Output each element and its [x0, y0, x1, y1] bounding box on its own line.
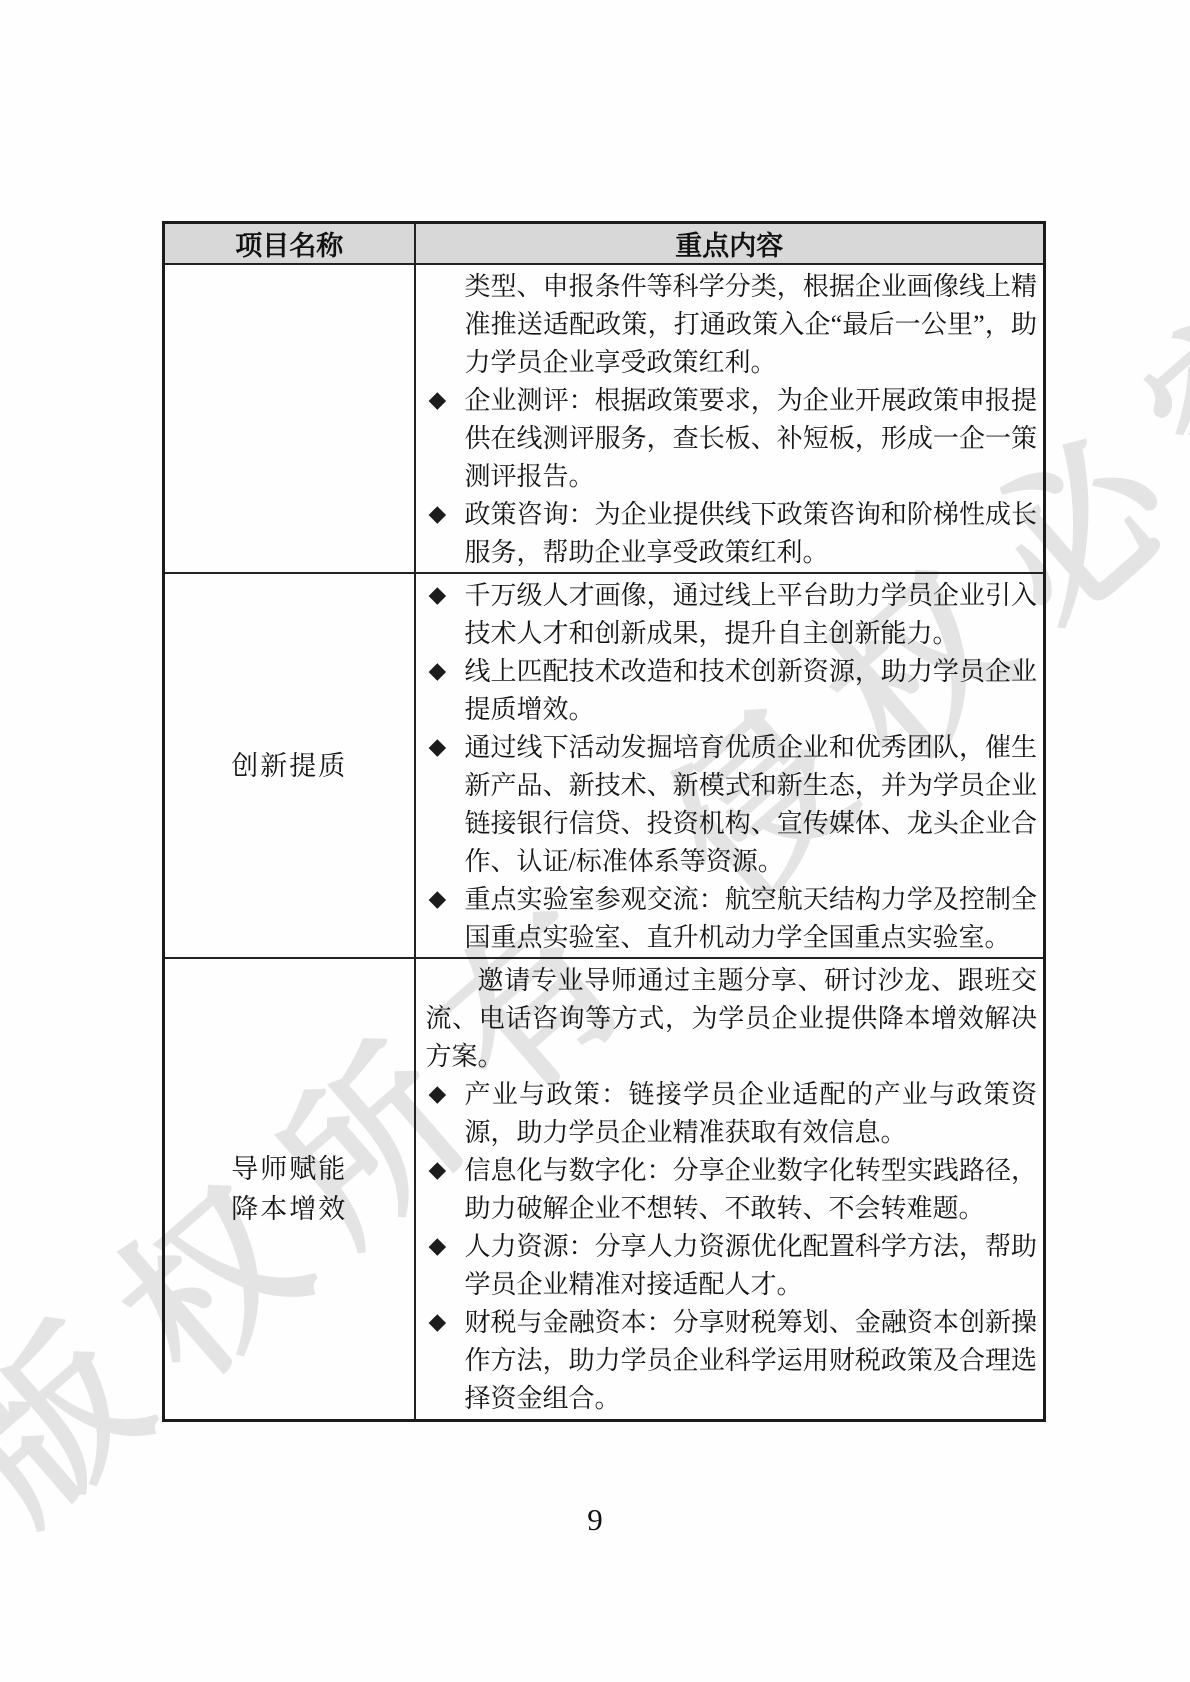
bullet-text: 政策咨询：为企业提供线下政策咨询和阶梯性成长服务，帮助企业享受政策红利。	[465, 500, 1038, 567]
header-key-content: 重点内容	[415, 223, 1045, 265]
diamond-bullet-icon: ◆	[429, 660, 447, 683]
project-name-label-line2: 降本增效	[165, 1189, 414, 1229]
bullet-text: 企业测评：根据政策要求，为企业开展政策申报提供在线测评服务，查长板、补短板，形成…	[465, 386, 1038, 491]
diamond-bullet-icon: ◆	[429, 888, 447, 911]
bullet-paragraph: ◆通过线下活动发掘培育优质企业和优秀团队，催生新产品、新技术、新模式和新生态，并…	[426, 729, 1038, 881]
diamond-bullet-icon: ◆	[429, 1311, 447, 1334]
project-name-label: 创新提质	[165, 746, 414, 786]
continuation-paragraph: 类型、申报条件等科学分类，根据企业画像线上精准推送适配政策，打通政策入企“最后一…	[426, 268, 1038, 382]
diamond-bullet-icon: ◆	[429, 389, 447, 412]
intro-paragraph: 邀请专业导师通过主题分享、研讨沙龙、跟班交流、电话咨询等方式，为学员企业提供降本…	[426, 962, 1038, 1076]
bullet-text: 线上匹配技术改造和技术创新资源，助力学员企业提质增效。	[465, 657, 1038, 724]
diamond-bullet-icon: ◆	[429, 584, 447, 607]
key-content-cell: 类型、申报条件等科学分类，根据企业画像线上精准推送适配政策，打通政策入企“最后一…	[415, 264, 1045, 573]
bullet-paragraph: ◆重点实验室参观交流：航空航天结构力学及控制全国重点实验室、直升机动力学全国重点…	[426, 881, 1038, 957]
bullet-paragraph: ◆财税与金融资本：分享财税筹划、金融资本创新操作方法，助力学员企业科学运用财税政…	[426, 1304, 1038, 1418]
bullet-paragraph: ◆政策咨询：为企业提供线下政策咨询和阶梯性成长服务，帮助企业享受政策红利。	[426, 496, 1038, 572]
header-project-name: 项目名称	[164, 223, 415, 265]
diamond-bullet-icon: ◆	[429, 503, 447, 526]
bullet-text: 千万级人才画像，通过线上平台助力学员企业引入技术人才和创新成果，提升自主创新能力…	[465, 581, 1038, 648]
project-table: 项目名称 重点内容 类型、申报条件等科学分类，根据企业画像线上精准推送适配政策，…	[162, 221, 1046, 1422]
bullet-text: 重点实验室参观交流：航空航天结构力学及控制全国重点实验室、直升机动力学全国重点实…	[465, 885, 1038, 952]
table-row-innovation: 创新提质 ◆千万级人才画像，通过线上平台助力学员企业引入技术人才和创新成果，提升…	[164, 573, 1045, 958]
key-content-cell: 邀请专业导师通过主题分享、研讨沙龙、跟班交流、电话咨询等方式，为学员企业提供降本…	[415, 958, 1045, 1420]
page-number: 9	[0, 1502, 1190, 1538]
table-row-mentor: 导师赋能 降本增效 邀请专业导师通过主题分享、研讨沙龙、跟班交流、电话咨询等方式…	[164, 958, 1045, 1420]
diamond-bullet-icon: ◆	[429, 1083, 447, 1106]
bullet-paragraph: ◆人力资源：分享人力资源优化配置科学方法，帮助学员企业精准对接适配人才。	[426, 1228, 1038, 1304]
diamond-bullet-icon: ◆	[429, 1159, 447, 1182]
bullet-paragraph: ◆千万级人才画像，通过线上平台助力学员企业引入技术人才和创新成果，提升自主创新能…	[426, 577, 1038, 653]
table-header-row: 项目名称 重点内容	[164, 223, 1045, 265]
bullet-text: 人力资源：分享人力资源优化配置科学方法，帮助学员企业精准对接适配人才。	[465, 1232, 1038, 1299]
project-name-cell-empty	[164, 264, 415, 573]
bullet-paragraph: ◆线上匹配技术改造和技术创新资源，助力学员企业提质增效。	[426, 653, 1038, 729]
key-content-cell: ◆千万级人才画像，通过线上平台助力学员企业引入技术人才和创新成果，提升自主创新能…	[415, 573, 1045, 958]
bullet-text: 信息化与数字化：分享企业数字化转型实践路径，助力破解企业不想转、不敢转、不会转难…	[465, 1156, 1038, 1223]
diamond-bullet-icon: ◆	[429, 736, 447, 759]
project-name-cell: 导师赋能 降本增效	[164, 958, 415, 1420]
bullet-paragraph: ◆企业测评：根据政策要求，为企业开展政策申报提供在线测评服务，查长板、补短板，形…	[426, 382, 1038, 496]
bullet-paragraph: ◆产业与政策：链接学员企业适配的产业与政策资源，助力学员企业精准获取有效信息。	[426, 1076, 1038, 1152]
table-row-policy-continuation: 类型、申报条件等科学分类，根据企业画像线上精准推送适配政策，打通政策入企“最后一…	[164, 264, 1045, 573]
bullet-text: 通过线下活动发掘培育优质企业和优秀团队，催生新产品、新技术、新模式和新生态，并为…	[465, 733, 1038, 876]
bullet-text: 财税与金融资本：分享财税筹划、金融资本创新操作方法，助力学员企业科学运用财税政策…	[465, 1308, 1038, 1413]
bullet-paragraph: ◆信息化与数字化：分享企业数字化转型实践路径，助力破解企业不想转、不敢转、不会转…	[426, 1152, 1038, 1228]
project-name-cell: 创新提质	[164, 573, 415, 958]
bullet-text: 产业与政策：链接学员企业适配的产业与政策资源，助力学员企业精准获取有效信息。	[465, 1080, 1038, 1147]
diamond-bullet-icon: ◆	[429, 1235, 447, 1258]
project-name-label-line1: 导师赋能	[165, 1149, 414, 1189]
document-page: 版权所有 侵权必究 项目名称 重点内容 类型、申报条件等科学分类，根据企业画像线…	[0, 0, 1190, 1682]
